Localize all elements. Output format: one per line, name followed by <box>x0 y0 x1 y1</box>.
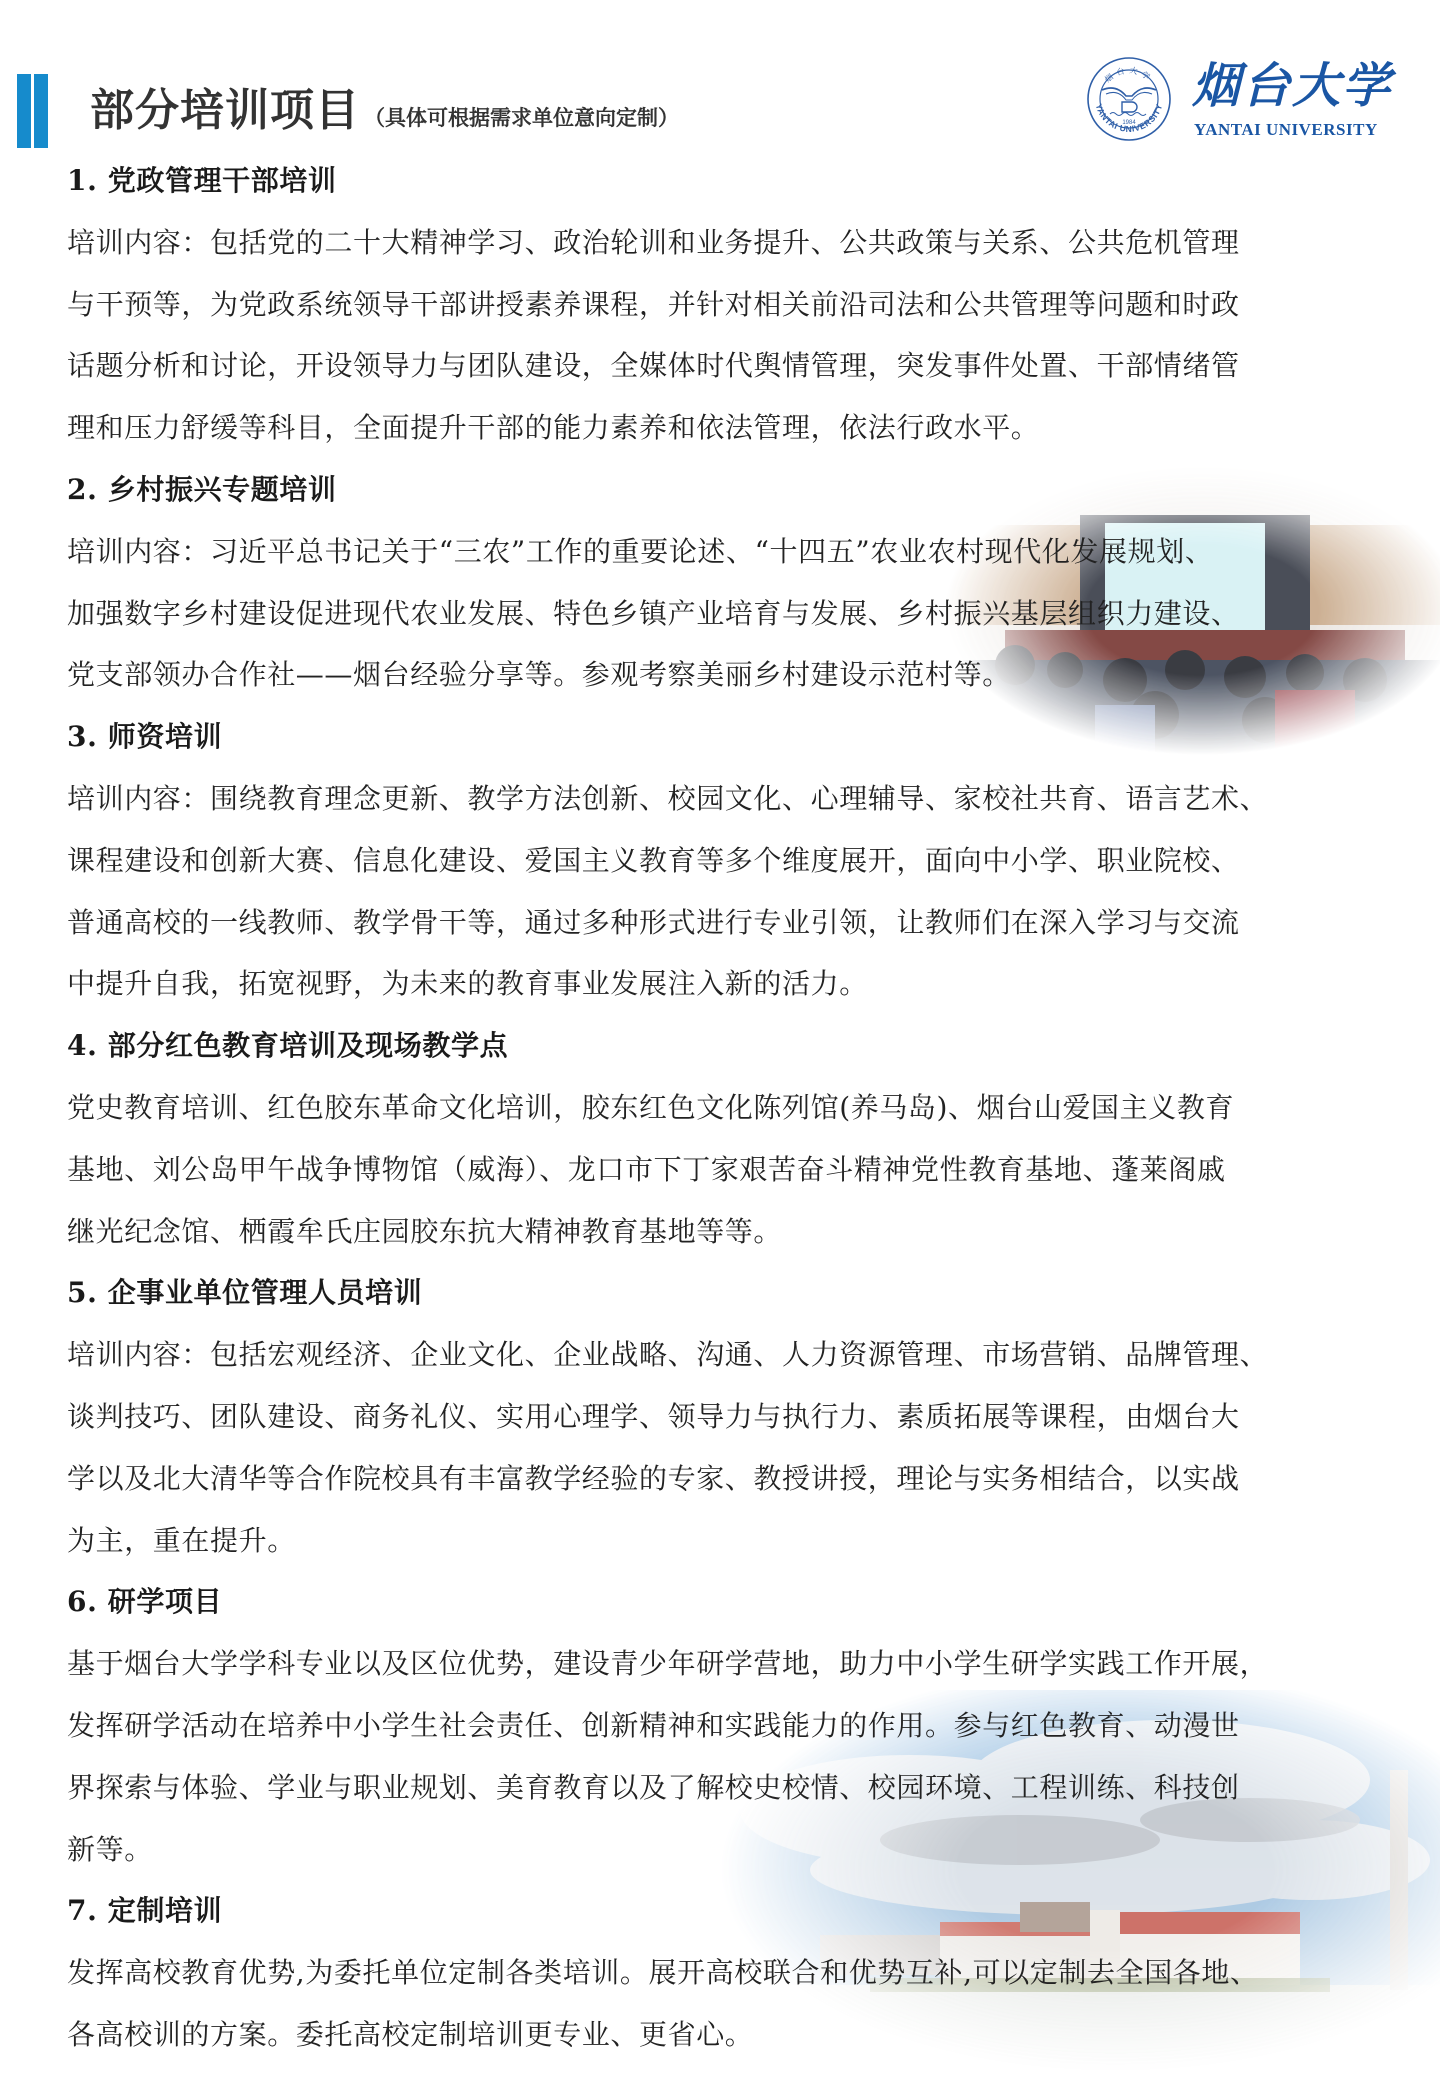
section-body-line: 新等。 <box>67 1819 1407 1881</box>
section-heading: 2. 乡村振兴专题培训 <box>67 459 1407 521</box>
accent-bar <box>17 74 31 148</box>
section-body-line: 理和压力舒缓等科目，全面提升干部的能力素养和依法管理，依法行政水平。 <box>67 397 1407 459</box>
section-body-line: 谈判技巧、团队建设、商务礼仪、实用心理学、领导力与执行力、素质拓展等课程，由烟台… <box>67 1386 1407 1448</box>
section-body-line: 界探索与体验、学业与职业规划、美育教育以及了解校史校情、校园环境、工程训练、科技… <box>67 1757 1407 1819</box>
section-body-line: 培训内容：习近平总书记关于“三农”工作的重要论述、“十四五”农业农村现代化发展规… <box>67 521 1407 583</box>
section-heading: 5. 企事业单位管理人员培训 <box>67 1262 1407 1324</box>
header-accent-bars <box>17 74 49 148</box>
university-seal-icon: 1984 YANTAI UNIVERSITY 烟台大学 <box>1086 56 1172 142</box>
section-heading: 1. 党政管理干部培训 <box>67 150 1407 212</box>
section-heading: 3. 师资培训 <box>67 706 1407 768</box>
accent-bar <box>34 74 48 148</box>
page-subtitle: （具体可根据需求单位意向定制） <box>364 98 679 138</box>
logo-name-en: YANTAI UNIVERSITY <box>1194 120 1378 140</box>
svg-text:烟台大学: 烟台大学 <box>1103 65 1156 85</box>
section-body-line: 基地、刘公岛甲午战争博物馆（威海）、龙口市下丁家艰苦奋斗精神党性教育基地、蓬莱阁… <box>67 1139 1407 1201</box>
section-body-line: 党支部领办合作社——烟台经验分享等。参观考察美丽乡村建设示范村等。 <box>67 644 1407 706</box>
section-body-line: 课程建设和创新大赛、信息化建设、爱国主义教育等多个维度展开，面向中小学、职业院校… <box>67 830 1407 892</box>
section-heading: 6. 研学项目 <box>67 1571 1407 1633</box>
section-body-line: 与干预等，为党政系统领导干部讲授素养课程，并针对相关前沿司法和公共管理等问题和时… <box>67 274 1407 336</box>
section-body-line: 培训内容：包括宏观经济、企业文化、企业战略、沟通、人力资源管理、市场营销、品牌管… <box>67 1324 1407 1386</box>
section-body-line: 培训内容：包括党的二十大精神学习、政治轮训和业务提升、公共政策与关系、公共危机管… <box>67 212 1407 274</box>
section-body-line: 中提升自我，拓宽视野，为未来的教育事业发展注入新的活力。 <box>67 953 1407 1015</box>
section-body-line: 为主，重在提升。 <box>67 1510 1407 1572</box>
section-body-line: 各高校训的方案。委托高校定制培训更专业、更省心。 <box>67 2004 1407 2066</box>
section-body-line: 基于烟台大学学科专业以及区位优势，建设青少年研学营地，助力中小学生研学实践工作开… <box>67 1633 1407 1695</box>
section-heading: 7. 定制培训 <box>67 1880 1407 1942</box>
section-body-line: 发挥高校教育优势,为委托单位定制各类培训。展开高校联合和优势互补,可以定制去全国… <box>67 1942 1407 2004</box>
page-title: 部分培训项目 <box>90 84 360 138</box>
section-body-line: 加强数字乡村建设促进现代农业发展、特色乡镇产业培育与发展、乡村振兴基层组织力建设… <box>67 583 1407 645</box>
section-body-line: 党史教育培训、红色胶东革命文化培训，胶东红色文化陈列馆(养马岛)、烟台山爱国主义… <box>67 1077 1407 1139</box>
section-body-line: 培训内容：围绕教育理念更新、教学方法创新、校园文化、心理辅导、家校社共育、语言艺… <box>67 768 1407 830</box>
page-header: 部分培训项目 （具体可根据需求单位意向定制） <box>90 78 679 138</box>
section-body-line: 普通高校的一线教师、教学骨干等，通过多种形式进行专业引领，让教师们在深入学习与交… <box>67 892 1407 954</box>
section-body-line: 继光纪念馆、栖霞牟氏庄园胶东抗大精神教育基地等等。 <box>67 1201 1407 1263</box>
training-program-list: 1. 党政管理干部培训 培训内容：包括党的二十大精神学习、政治轮训和业务提升、公… <box>67 150 1407 2066</box>
svg-text:YANTAI UNIVERSITY: YANTAI UNIVERSITY <box>1094 102 1165 133</box>
section-heading: 4. 部分红色教育培训及现场教学点 <box>67 1015 1407 1077</box>
section-body-line: 话题分析和讨论，开设领导力与团队建设，全媒体时代舆情管理，突发事件处置、干部情绪… <box>67 335 1407 397</box>
logo-name-cn: 烟台大学 <box>1192 56 1392 116</box>
section-body-line: 发挥研学活动在培养中小学生社会责任、创新精神和实践能力的作用。参与红色教育、动漫… <box>67 1695 1407 1757</box>
section-body-line: 学以及北大清华等合作院校具有丰富教学经验的专家、教授讲授，理论与实务相结合，以实… <box>67 1448 1407 1510</box>
university-logo: 1984 YANTAI UNIVERSITY 烟台大学 烟台大学 YANTAI … <box>1086 56 1416 146</box>
